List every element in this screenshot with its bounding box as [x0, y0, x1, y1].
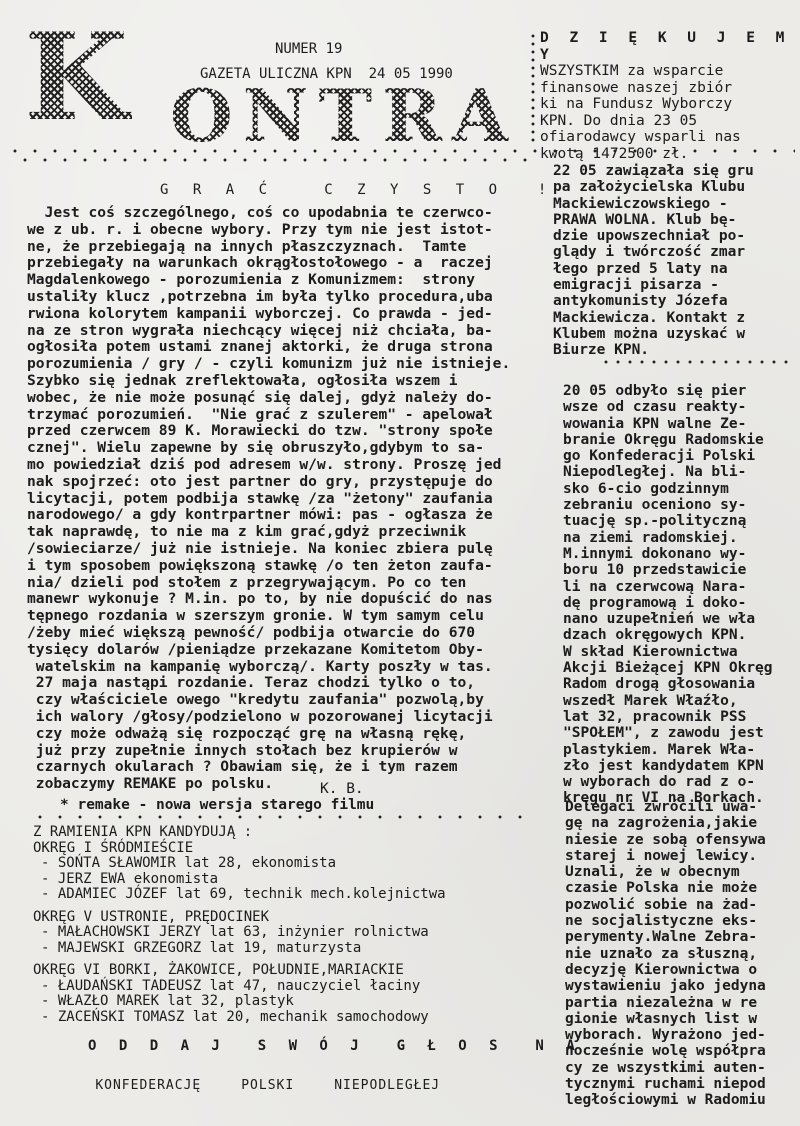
text-line: ne socjalistyczne eks-	[565, 913, 800, 929]
text-line: porozumienia / gry / - czyli komunizm ju…	[27, 356, 547, 373]
text-line: zebraniu oceniono sy-	[563, 497, 800, 513]
text-line: przebiegały na warunkach okrągłostołoweg…	[27, 255, 547, 272]
text-line: zło jest kandydatem KPN	[563, 758, 800, 774]
text-line: PRAWA WOLNA. Klub bę-	[553, 212, 800, 228]
text-line: sko 6-cio godzinnym	[563, 481, 800, 497]
text-line: starej i nowej lewicy.	[565, 848, 800, 864]
news-general-meeting: 20 05 odbyło się pierwsze od czasu reakt…	[563, 383, 800, 807]
text-line: rwiona kolorytem kampanii wyborczej. Co …	[27, 306, 547, 323]
text-line: gę na zagrożenia,jakie	[565, 815, 800, 831]
candidate-entry: - ZACEŃSKI TOMASZ lat 20, mechanik samoc…	[33, 1010, 533, 1026]
text-line: dzach okręgowych KPN.	[563, 627, 800, 643]
logo-letter-k: K	[24, 18, 134, 138]
text-line: li na czerwcową Nara-	[563, 579, 800, 595]
text-line: wystawieniu jako jedyna	[565, 978, 800, 994]
party-word: KONFEDERACJĘ	[95, 1078, 201, 1093]
text-line: boru 10 przedstawicie	[563, 562, 800, 578]
text-line: wszedł Marek Właźło,	[563, 693, 800, 709]
text-line: wyborach. Wyrażono jed-	[565, 1027, 800, 1043]
text-line: 22 05 zawiązała się gru	[553, 163, 800, 179]
text-line: trzymać porozumień. "Nie grać z szulerem…	[27, 407, 547, 424]
text-line: 20 05 odbyło się pier	[563, 383, 800, 399]
candidate-entry: - JERZ EWA ekonomista	[33, 872, 533, 888]
text-line: nie uznało za słuszną,	[565, 946, 800, 962]
text-line: watelskim na kampanię wyborczą/. Karty p…	[27, 659, 547, 676]
text-line: Jest coś szczególnego, coś co upodabnia …	[27, 205, 547, 222]
news-delegates: Delegaci zwrócili uwa-gę na zagrożenia,j…	[565, 799, 800, 1109]
party-word: POLSKI	[241, 1078, 294, 1093]
text-line: Klubem można uzyskać w	[553, 326, 800, 342]
dotted-divider	[600, 358, 795, 368]
masthead: K ONTRA NUMER 19 GAZETA ULICZNA KPN 24 0…	[20, 8, 530, 148]
text-line: partia niezależna w re	[565, 995, 800, 1011]
text-line: nocześnie wolę współpra	[565, 1043, 800, 1059]
text-line: ległościowymi w Radomiu	[565, 1092, 800, 1108]
newsletter-page: K ONTRA NUMER 19 GAZETA ULICZNA KPN 24 0…	[0, 0, 800, 1126]
text-line: nak spojrzeć: oto jest partner do gry, p…	[27, 474, 547, 491]
text-line: 27 maja nastąpi rozdanie. Teraz chodzi t…	[27, 675, 547, 692]
text-line: M.innymi dokonano wy-	[563, 546, 800, 562]
district-name: OKRĘG VI BORKI, ŻAKOWICE, POŁUDNIE,MARIA…	[33, 963, 533, 979]
text-line: nia/ dzieli pod stołem z przegrywającym.…	[27, 575, 547, 592]
text-line: we z ub. r. i obecne wybory. Przy tym ni…	[27, 222, 547, 239]
subtitle: GAZETA ULICZNA KPN	[200, 66, 352, 82]
party-name: KONFEDERACJĘPOLSKINIEPODLEGŁEJ	[60, 1063, 480, 1108]
text-line: tak naprawdę, to nie ma z kim grać,gdyż …	[27, 524, 547, 541]
text-line: dę programową i doko-	[563, 595, 800, 611]
text-line: /sowieciarze/ już nie istnieje. Na konie…	[27, 541, 547, 558]
text-line: tysięcy dolarów /pieniądze przekazane Ko…	[27, 642, 547, 659]
text-line: Uznali, że w obecnym	[565, 864, 800, 880]
thanks-line: finansowe naszej zbiór	[540, 80, 800, 97]
text-line: go Konfederacji Polski	[563, 448, 800, 464]
text-line: /żeby mieć większą pewność/ podbija otwa…	[27, 625, 547, 642]
text-line: ne, że przebiegają na innych płaszczyzna…	[27, 239, 547, 256]
text-line: Radom drogą głosowania	[563, 676, 800, 692]
text-line: czy właściciele owego "kredytu zaufania"…	[27, 692, 547, 709]
text-line: tuację sp.-polityczną	[563, 513, 800, 529]
text-line: łego przed 5 laty na	[553, 261, 800, 277]
issue-date: 24 05 1990	[369, 66, 453, 82]
candidates-list: Z RAMIENIA KPN KANDYDUJĄ :OKRĘG I ŚRÓDMI…	[33, 825, 533, 1025]
district-name: OKRĘG I ŚRÓDMIEŚCIE	[33, 841, 533, 857]
party-word: NIEPODLEGŁEJ	[334, 1078, 440, 1093]
text-line: już przy zupełnie innych stołach bez kru…	[27, 743, 547, 760]
text-line: na ziemi radomskiej.	[563, 530, 800, 546]
candidate-entry: - MAJEWSKI GRZEGORZ lat 19, maturzysta	[33, 941, 533, 957]
text-line: "SPOŁEM", z zawodu jest	[563, 725, 800, 741]
text-line: manewr wykonuje ? M.in. po to, by nie do…	[27, 591, 547, 608]
text-line: i tym sposobem powiększoną stawkę /o ten…	[27, 558, 547, 575]
text-line: nano uzupełnień we wła	[563, 611, 800, 627]
text-line: plastykiem. Marek Wła-	[563, 742, 800, 758]
text-line: czarnych okularach ? Obawiam się, że i t…	[27, 759, 547, 776]
text-line: W skład Kierownictwa	[563, 644, 800, 660]
article-signature: K. B.	[320, 781, 364, 797]
vote-call-line: O D D A J S W Ó J G Ł O S N A	[88, 1038, 582, 1054]
text-line: narodowego/ a gdy kontrpartner mówi: pas…	[27, 507, 547, 524]
text-line: czy może odważą się rozpocząć grę na wła…	[27, 726, 547, 743]
thanks-line: ki na Fundusz Wyborczy	[540, 96, 800, 113]
text-line: decyzję Kierownictwa o	[565, 962, 800, 978]
text-line: gionie własnych list w	[565, 1011, 800, 1027]
text-line: branie Okręgu Radomskie	[563, 432, 800, 448]
candidate-entry: - ŁAUDAŃSKI TADEUSZ lat 47, nauczyciel ł…	[33, 979, 533, 995]
text-line: ich walory /głosy/podzielono w pozorowan…	[27, 709, 547, 726]
text-line: niesie ze sobą ofensywa	[565, 832, 800, 848]
article-footnote: * remake - nowa wersja starego filmu	[60, 797, 374, 813]
text-line: przed czerwcem 89 K. Morawiecki do tzw. …	[27, 423, 547, 440]
text-line: Magdalenkowego - porozumienia z Komunizm…	[27, 272, 547, 289]
text-line: pa założycielska Klubu	[553, 179, 800, 195]
text-line: Mackiewicza. Kontakt z	[553, 310, 800, 326]
text-line: cznej". Wielu zapewne by się obruszyło,g…	[27, 440, 547, 457]
article-headline: G R A Ć C Z Y S T O !	[160, 182, 554, 198]
text-line: wobec, że nie może posunąć się dalej, gd…	[27, 390, 547, 407]
news-club-founding: 22 05 zawiązała się grupa założycielska …	[553, 163, 800, 359]
text-line: wowania KPN walne Ze-	[563, 416, 800, 432]
text-line: Akcji Bieżącej KPN Okręg	[563, 660, 800, 676]
text-line: ustaliły klucz ,potrzebna im była tylko …	[27, 289, 547, 306]
text-line: ogłosiła potem ustami znanej aktorki, że…	[27, 339, 547, 356]
thanks-line: ofiarodawcy wsparli nas	[540, 129, 800, 146]
text-line: Niepodległej. Na bli-	[563, 464, 800, 480]
text-line: cy ze wszystkimi auten-	[565, 1060, 800, 1076]
candidate-entry: - MAŁACHOWSKI JERZY lat 63, inżynier rol…	[33, 925, 533, 941]
text-line: wsze od czasu reakty-	[563, 399, 800, 415]
thanks-line: WSZYSTKIM za wsparcie	[540, 63, 800, 80]
text-line: glądy i twórczość zmar	[553, 244, 800, 260]
text-line: tycznymi ruchami niepod	[565, 1076, 800, 1092]
text-line: emigracji pisarza -	[553, 277, 800, 293]
text-line: licytacji, potem podbija stawkę /za "żet…	[27, 491, 547, 508]
dotted-border-vertical	[531, 32, 535, 144]
candidate-entry: - SOŃTA SŁAWOMIR lat 28, ekonomista	[33, 856, 533, 872]
text-line: antykomunisty Józefa	[553, 293, 800, 309]
text-line: pozwolić sobie na żad-	[565, 897, 800, 913]
text-line: czasie Polska nie może	[565, 880, 800, 896]
text-line: na ze stron wygrała niechcący więcej niż…	[27, 323, 547, 340]
district-name: OKRĘG V USTRONIE, PRĘDOCINEK	[33, 910, 533, 926]
text-line: lat 32, pracownik PSS	[563, 709, 800, 725]
thanks-title: D Z I Ę K U J E M Y	[540, 30, 800, 63]
article-body: Jest coś szczególnego, coś co upodabnia …	[27, 205, 547, 793]
text-line: Delegaci zwrócili uwa-	[565, 799, 800, 815]
text-line: tępnego rozdania w szerszym gronie. W ty…	[27, 608, 547, 625]
logo-letters: ONTRA	[170, 80, 518, 152]
issue-number: NUMER 19	[275, 40, 342, 58]
candidates-heading: Z RAMIENIA KPN KANDYDUJĄ :	[33, 825, 533, 841]
text-line: Szybko się jednak zreflektowała, ogłosił…	[27, 373, 547, 390]
text-line: Biurze KPN.	[553, 342, 800, 358]
thanks-line: KPN. Do dnia 23 05	[540, 113, 800, 130]
candidate-entry: - ADAMIEC JÓZEF lat 69, technik mech.kol…	[33, 887, 533, 903]
subtitle-line: GAZETA ULICZNA KPN 24 05 1990	[200, 65, 453, 83]
dotted-divider	[30, 813, 535, 823]
candidate-entry: - WŁAZŁO MAREK lat 32, plastyk	[33, 994, 533, 1010]
text-line: Mackiewiczowskiego -	[553, 196, 800, 212]
text-line: perymenty.Walne Zebra-	[565, 929, 800, 945]
text-line: mo powiedział dziś pod adresem w/w. stro…	[27, 457, 547, 474]
dotted-divider	[15, 156, 535, 166]
text-line: zobaczymy REMAKE po polsku.	[27, 776, 547, 793]
text-line: w wyborach do rad z o-	[563, 774, 800, 790]
thanks-box: D Z I Ę K U J E M Y WSZYSTKIM za wsparci…	[540, 30, 800, 162]
text-line: dzie upowszechniał po-	[553, 228, 800, 244]
